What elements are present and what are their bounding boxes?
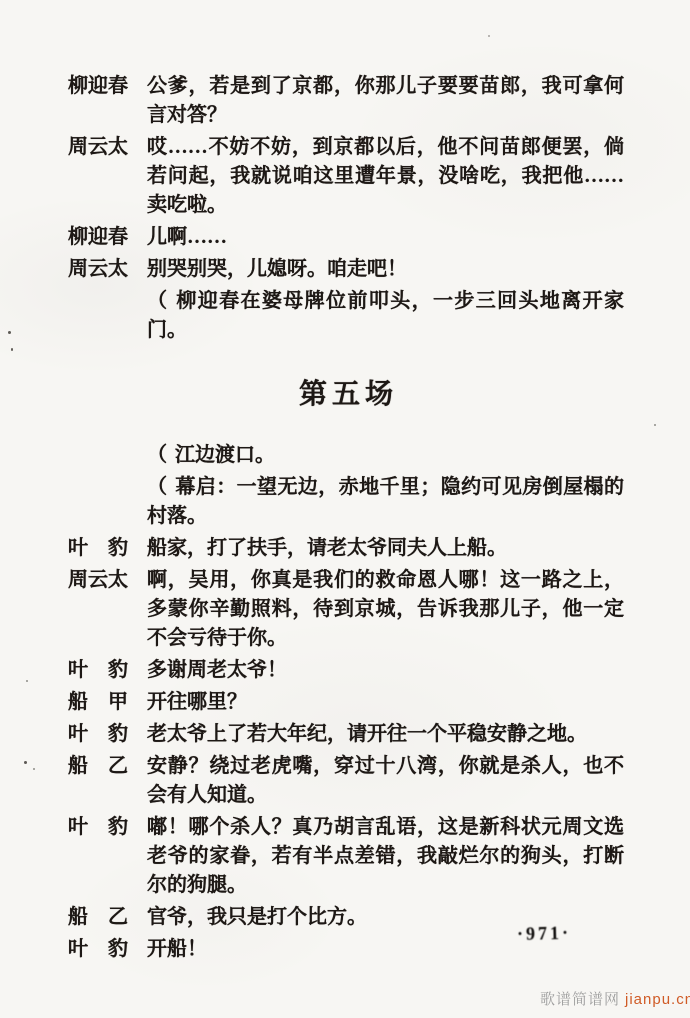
speech-text: 啊，吴用，你真是我们的救命恩人哪！这一路之上，多蒙你辛勤照料，待到京城，告诉我那… bbox=[147, 566, 624, 653]
speaker-name: 柳迎春 bbox=[68, 223, 130, 252]
speaker-name: 叶 豹 bbox=[68, 813, 130, 842]
speech-text: 哎……不妨不妨，到京都以后，他不问苗郎便罢，倘若问起，我就说咱这里遭年景，没啥吃… bbox=[147, 133, 624, 220]
stage-bracket: （ bbox=[147, 290, 168, 312]
stage-bracket: （ bbox=[147, 476, 167, 498]
scene4-dialogue-block: 柳迎春公爹，若是到了京都，你那儿子要要苗郎，我可拿何言对答？周云太哎……不妨不妨… bbox=[68, 72, 624, 345]
speaker-name: 周云太 bbox=[68, 133, 130, 162]
book-page: 柳迎春公爹，若是到了京都，你那儿子要要苗郎，我可拿何言对答？周云太哎……不妨不妨… bbox=[0, 0, 690, 1018]
page-number: ·971· bbox=[517, 922, 572, 945]
scan-speck bbox=[33, 768, 35, 770]
speaker-name: 叶 豹 bbox=[68, 935, 130, 964]
stage-text: （幕启：一望无边，赤地千里；隐约可见房倒屋榻的村落。 bbox=[147, 473, 624, 531]
watermark: 歌谱简谱网jianpu.cn bbox=[540, 988, 690, 1009]
dialogue-line: 叶 豹老太爷上了若大年纪，请开往一个平稳安静之地。 bbox=[68, 720, 624, 749]
dialogue-line: 船 乙安静？绕过老虎嘴，穿过十八湾，你就是杀人，也不会有人知道。 bbox=[68, 752, 624, 810]
speech-text: 船家，打了扶手，请老太爷同夫人上船。 bbox=[147, 534, 624, 563]
dialogue-line: 叶 豹船家，打了扶手，请老太爷同夫人上船。 bbox=[68, 534, 624, 563]
stage-text: （柳迎春在婆母牌位前叩头，一步三回头地离开家门。 bbox=[147, 287, 624, 345]
speech-text: 多谢周老太爷！ bbox=[147, 656, 624, 685]
stage-bracket: （ bbox=[147, 444, 167, 466]
scan-speck bbox=[11, 348, 13, 351]
dialogue-line: 周云太啊，吴用，你真是我们的救命恩人哪！这一路之上，多蒙你辛勤照料，待到京城，告… bbox=[68, 566, 624, 653]
dialogue-line: 柳迎春儿啊…… bbox=[68, 223, 624, 252]
scan-speck bbox=[8, 331, 11, 334]
dialogue-line: 叶 豹多谢周老太爷！ bbox=[68, 656, 624, 685]
speech-text: 开往哪里？ bbox=[147, 688, 624, 717]
scan-speck bbox=[26, 680, 28, 682]
dialogue-line: 柳迎春公爹，若是到了京都，你那儿子要要苗郎，我可拿何言对答？ bbox=[68, 72, 624, 130]
dialogue-line: 周云太别哭别哭，儿媳呀。咱走吧！ bbox=[68, 255, 624, 284]
stage-text: （江边渡口。 bbox=[147, 441, 624, 470]
speaker-name: 柳迎春 bbox=[68, 72, 130, 101]
dialogue-line: 叶 豹嘟！哪个杀人？真乃胡言乱语，这是新科状元周文选老爷的家眷，若有半点差错，我… bbox=[68, 813, 624, 900]
speaker-name: 船 乙 bbox=[68, 903, 130, 932]
speech-text: 别哭别哭，儿媳呀。咱走吧！ bbox=[147, 255, 624, 284]
stage-direction: （柳迎春在婆母牌位前叩头，一步三回头地离开家门。 bbox=[68, 287, 624, 345]
speech-text: 安静？绕过老虎嘴，穿过十八湾，你就是杀人，也不会有人知道。 bbox=[147, 752, 624, 810]
scan-speck bbox=[654, 424, 656, 426]
speech-text: 老太爷上了若大年纪，请开往一个平稳安静之地。 bbox=[147, 720, 624, 749]
speaker-name: 叶 豹 bbox=[68, 720, 130, 749]
stage-direction: （幕启：一望无边，赤地千里；隐约可见房倒屋榻的村落。 bbox=[68, 473, 624, 531]
scan-speck bbox=[24, 761, 27, 764]
scene5-dialogue-block: （江边渡口。（幕启：一望无边，赤地千里；隐约可见房倒屋榻的村落。叶 豹船家，打了… bbox=[68, 441, 624, 964]
stage-direction: （江边渡口。 bbox=[68, 441, 624, 470]
watermark-domain: jianpu.cn bbox=[625, 991, 690, 1008]
speech-text: 儿啊…… bbox=[147, 223, 624, 252]
speaker-name: 叶 豹 bbox=[68, 534, 130, 563]
speaker-name: 船 甲 bbox=[68, 688, 130, 717]
scan-speck bbox=[488, 35, 490, 37]
speaker-name: 周云太 bbox=[68, 566, 130, 595]
scene-title: 第五场 bbox=[68, 376, 624, 414]
dialogue-line: 船 甲开往哪里？ bbox=[68, 688, 624, 717]
speaker-name: 船 乙 bbox=[68, 752, 130, 781]
speaker-name: 叶 豹 bbox=[68, 656, 130, 685]
dialogue-line: 周云太哎……不妨不妨，到京都以后，他不问苗郎便罢，倘若问起，我就说咱这里遭年景，… bbox=[68, 133, 624, 220]
script-body: 柳迎春公爹，若是到了京都，你那儿子要要苗郎，我可拿何言对答？周云太哎……不妨不妨… bbox=[68, 72, 624, 967]
speech-text: 公爹，若是到了京都，你那儿子要要苗郎，我可拿何言对答？ bbox=[147, 72, 624, 130]
watermark-site-name: 歌谱简谱网 bbox=[540, 991, 620, 1008]
speech-text: 嘟！哪个杀人？真乃胡言乱语，这是新科状元周文选老爷的家眷，若有半点差错，我敲烂尔… bbox=[147, 813, 624, 900]
speaker-name: 周云太 bbox=[68, 255, 130, 284]
